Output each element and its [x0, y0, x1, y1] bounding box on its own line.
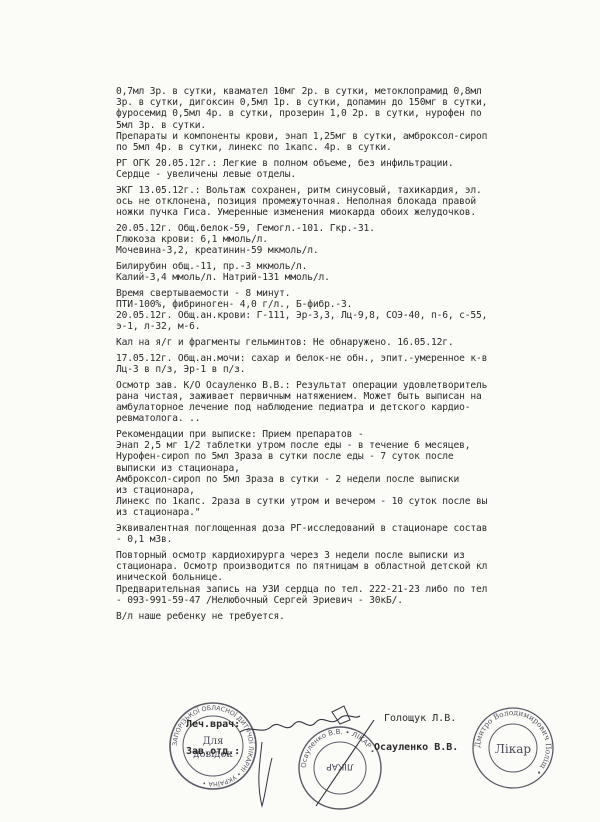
text-line: Глюкоза крови: 6,1 ммоль/л.: [116, 234, 596, 245]
text-line: амбулаторное лечение под наблюдение педи…: [116, 402, 596, 413]
text-line: - 0,1 мЗв.: [116, 534, 596, 545]
text-line: стационара. Осмотр производится по пятни…: [116, 561, 596, 572]
handwritten-signature: [232, 702, 372, 812]
head-of-department-label: Зав.отд.:: [186, 746, 240, 757]
text-line: - 093-991-59-47 /Нелюбочный Сергей Эриев…: [116, 595, 596, 606]
text-line: э-1, л-32, м-6.: [116, 321, 596, 332]
paragraph-closing: В/л наше ребенку не требуется.: [116, 611, 596, 622]
paragraph-biochem: 20.05.12г. Общ.белок-59, Гемогл.-101. Гк…: [116, 223, 596, 257]
paragraph-exam: Осмотр зав. К/О Осауленко В.В.: Результа…: [116, 380, 596, 425]
text-line: ось не отклонена, позиция промежуточная.…: [116, 196, 596, 207]
text-line: РГ ОГК 20.05.12г.: Легкие в полном объем…: [116, 158, 596, 169]
text-line: 20.05.12г. Общ.белок-59, Гемогл.-101. Гк…: [116, 223, 596, 234]
text-line: 3р. в сутки, дигоксин 0,5мл 1р. в сутки,…: [116, 97, 596, 108]
text-line: рана чистая, заживает первичным натяжени…: [116, 391, 596, 402]
paragraph-follow-up: Повторный осмотр кардиохирурга через 3 н…: [116, 550, 596, 606]
text-line: Рекомендации при выписке: Прием препарат…: [116, 429, 596, 440]
text-line: Амброксол-сироп по 5мл 3раза в сутки - 2…: [116, 474, 596, 485]
text-line: 20.05.12г. Общ.ан.крови: Г-111, Эр-3,3, …: [116, 310, 596, 321]
text-line: из стационара,: [116, 485, 596, 496]
paragraph-xray: РГ ОГК 20.05.12г.: Легкие в полном объем…: [116, 158, 596, 180]
paragraph-medications: 0,7мл 3р. в сутки, квамател 10мг 2р. в с…: [116, 86, 596, 153]
paragraph-ecg: ЭКГ 13.05.12г.: Вольтаж сохранен, ритм с…: [116, 185, 596, 219]
scanned-page: 0,7мл 3р. в сутки, квамател 10мг 2р. в с…: [0, 0, 600, 822]
paragraph-recommendations: Рекомендации при выписке: Прием препарат…: [116, 429, 596, 519]
text-line: из стационара.": [116, 507, 596, 518]
text-line: Билирубин общ.-11, пр.-3 мкмоль/л.: [116, 261, 596, 272]
text-line: Осмотр зав. К/О Осауленко В.В.: Результа…: [116, 380, 596, 391]
discharge-summary-text: 0,7мл 3р. в сутки, квамател 10мг 2р. в с…: [116, 86, 596, 626]
text-line: по 5мл 4р. в сутки, линекс по 1капс. 4р.…: [116, 142, 596, 153]
attending-physician-name: Голощук Л.В.: [384, 713, 456, 724]
paragraph-coagulation: Время свертываемости - 8 минут.ПТИ-100%,…: [116, 288, 596, 333]
head-of-department-name: Осауленко В.В.: [374, 742, 458, 753]
text-line: 17.05.12г. Общ.ан.мочи: сахар и белок-не…: [116, 353, 596, 364]
text-line: Препараты и компоненты крови, энап 1,25м…: [116, 131, 596, 142]
text-line: ЭКГ 13.05.12г.: Вольтаж сохранен, ритм с…: [116, 185, 596, 196]
paragraph-urine: 17.05.12г. Общ.ан.мочи: сахар и белок-не…: [116, 353, 596, 375]
text-line: инической больнице.: [116, 572, 596, 583]
paragraph-electrolytes: Билирубин общ.-11, пр.-3 мкмоль/л.Калий-…: [116, 261, 596, 283]
text-line: Эквивалентная поглощенная доза РГ-исслед…: [116, 523, 596, 534]
svg-text:Лікар: Лікар: [495, 742, 532, 756]
text-line: Кал на я/г и фрагменты гельминтов: Не об…: [116, 337, 596, 348]
text-line: Линекс по 1капс. 2раза в сутки утром и в…: [116, 496, 596, 507]
text-line: Мочевина-3,2, креатинин-59 мкмоль/л.: [116, 245, 596, 256]
text-line: Сердце - увеличены левые отделы.: [116, 169, 596, 180]
text-line: 0,7мл 3р. в сутки, квамател 10мг 2р. в с…: [116, 86, 596, 97]
text-line: Энап 2,5 мг 1/2 таблетки утром после еды…: [116, 440, 596, 451]
text-line: Повторный осмотр кардиохирурга через 3 н…: [116, 550, 596, 561]
text-line: Время свертываемости - 8 минут.: [116, 288, 596, 299]
text-line: ревматолога. ..: [116, 413, 596, 424]
paragraph-stool: Кал на я/г и фрагменты гельминтов: Не об…: [116, 337, 596, 348]
text-line: Лц-3 в п/з, Эр-1 в п/з.: [116, 364, 596, 375]
text-line: Нурофен-сироп по 5мл 3раза в сутки после…: [116, 451, 596, 462]
stamp-doctor-right: Дмитро Володимирович Поліщ • Лікар: [470, 703, 556, 793]
text-line: 5мл 3р. в сутки.: [116, 120, 596, 131]
paragraph-radiation-dose: Эквивалентная поглощенная доза РГ-исслед…: [116, 523, 596, 545]
text-line: ПТИ-100%, фибриноген- 4,0 г/л., Б-фибр.-…: [116, 299, 596, 310]
text-line: фуросемид 0,5мл 4р. в сутки, прозерин 1,…: [116, 108, 596, 119]
text-line: ножки пучка Гиса. Умеренные изменения ми…: [116, 207, 596, 218]
text-line: Калий-3,4 ммоль/л. Натрий-131 ммоль/л.: [116, 272, 596, 283]
attending-physician-label: Леч.врач:: [186, 719, 240, 730]
text-line: В/л наше ребенку не требуется.: [116, 611, 596, 622]
text-line: Предварительная запись на УЗИ сердца по …: [116, 584, 596, 595]
text-line: выписки из стационара,: [116, 463, 596, 474]
